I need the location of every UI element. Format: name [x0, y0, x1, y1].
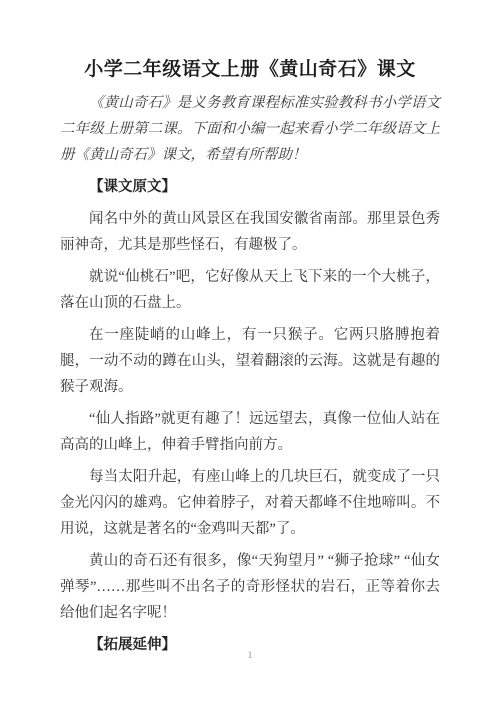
document-body: 《黄山奇石》是义务教育课程标准实验教科书小学语文二年级上册第二课。下面和小编一起…: [60, 90, 440, 658]
paragraph: 就说“仙桃石”吧，它好像从天上飞下来的一个大桃子，落在山顶的石盘上。: [60, 264, 440, 316]
paragraph: “仙人指路”就更有趣了！远远望去，真像一位仙人站在高高的山峰上，伸着手臂指向前方…: [60, 406, 440, 458]
paragraph: 每当太阳升起，有座山峰上的几块巨石，就变成了一只金光闪闪的雄鸡。它伸着脖子，对着…: [60, 464, 440, 542]
page-number: 1: [0, 650, 500, 660]
page-title: 小学二年级语文上册《黄山奇石》课文: [60, 56, 440, 84]
document-page: 小学二年级语文上册《黄山奇石》课文 《黄山奇石》是义务教育课程标准实验教科书小学…: [0, 0, 500, 708]
paragraph: 黄山的奇石还有很多，像“天狗望月” “狮子抢球” “仙女弹琴”……那些叫不出名子…: [60, 548, 440, 626]
section-heading: 【课文原文】: [60, 174, 440, 200]
paragraph: 在一座陡峭的山峰上，有一只猴子。它两只胳膊抱着腿，一动不动的蹲在山头，望着翻滚的…: [60, 322, 440, 400]
intro-paragraph: 《黄山奇石》是义务教育课程标准实验教科书小学语文二年级上册第二课。下面和小编一起…: [60, 90, 440, 168]
paragraph: 闻名中外的黄山风景区在我国安徽省南部。那里景色秀丽神奇，尤其是那些怪石，有趣极了…: [60, 206, 440, 258]
